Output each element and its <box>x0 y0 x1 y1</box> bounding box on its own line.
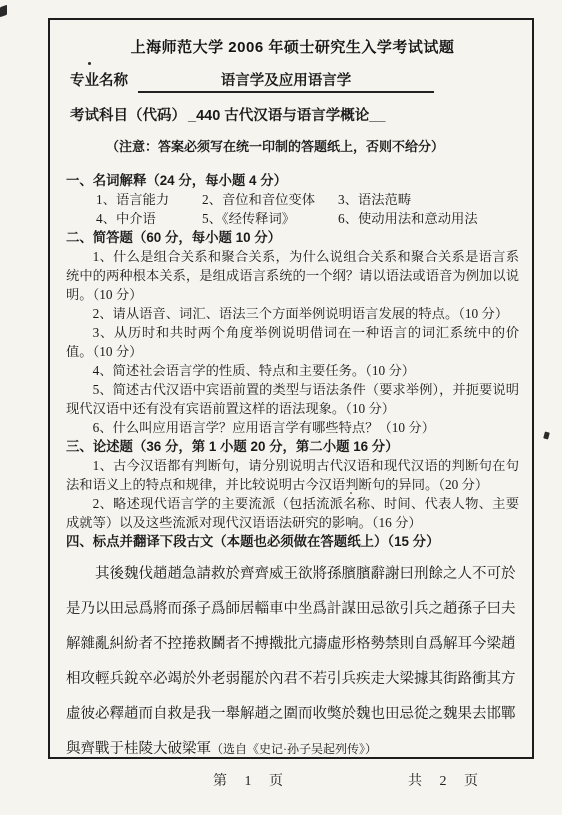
question-item: 2、略述现代语言学的主要流派（包括流派名称、时间、代表人物、主要成就等）以及这些… <box>66 494 519 532</box>
scanned-exam-page: { "header": { "title": "上海师范大学 2006 年硕士研… <box>0 0 562 815</box>
total-pages-indicator: 共 2 页 <box>408 770 478 790</box>
page-title: 上海师范大学 2006 年硕士研究生入学考试试题 <box>66 36 519 57</box>
terms-row-2: 4、中介语 5、《经传释词》 6、使动用法和意动用法 <box>66 209 519 228</box>
term-item-2: 2、音位和音位变体 <box>202 190 338 209</box>
question-item: 5、简述古代汉语中宾语前置的类型与语法条件（要求举例），并扼要说明现代汉语中还有… <box>66 380 519 418</box>
question-item: 2、请从语音、词汇、语法三个方面举例说明语言发展的特点。（10 分） <box>66 304 519 323</box>
term-item-6: 6、使动用法和意动用法 <box>338 209 478 228</box>
term-item-3: 3、语法范畴 <box>338 190 411 209</box>
classical-passage: 其後魏伐趙趙急請救於齊齊威王欲將孫臏臏辭謝曰刑餘之人不可於 是乃以田忌爲將而孫子… <box>66 557 519 767</box>
subject-row: 考试科目（代码）_440 古代汉语与语言学概论__ <box>70 104 519 125</box>
term-item-5: 5、《经传释词》 <box>202 209 338 228</box>
passage-line: 虛彼必釋趙而自救是我一舉解趙之圍而收獘於魏也田忌從之魏果去邯鄲 <box>66 697 519 732</box>
subject-value: _440 古代汉语与语言学概论__ <box>188 108 385 124</box>
passage-line: 是乃以田忌爲將而孫子爲師居輜車中坐爲計謀田忌欲引兵之趙孫子曰夫 <box>66 592 519 627</box>
scan-artifact <box>543 431 550 439</box>
terms-row-1: 1、语言能力 2、音位和音位变体 3、语法范畴 <box>66 190 519 209</box>
major-name-row: 专业名称语言学及应用语言学 <box>70 69 519 93</box>
major-name-label: 专业名称 <box>70 73 128 89</box>
question-item: 6、什么叫应用语言学？应用语言学有哪些特点？（10 分） <box>66 418 519 437</box>
exam-paper-border: 上海师范大学 2006 年硕士研究生入学考试试题 专业名称语言学及应用语言学 考… <box>48 18 534 759</box>
page-number-indicator: 第 1 页 <box>213 770 283 790</box>
page-footer: 第 1 页 共 2 页 <box>0 770 562 794</box>
section-3-heading: 三、论述题（36 分，第 1 小题 20 分，第二小题 16 分） <box>66 437 519 456</box>
scan-artifact <box>0 5 7 18</box>
question-item: 3、从历时和共时两个角度举例说明借词在一种语言的词汇系统中的价值。（10 分） <box>66 323 519 361</box>
term-item-4: 4、中介语 <box>96 209 202 228</box>
passage-line: 相攻輕兵銳卒必竭於外老弱罷於內君不若引兵疾走大梁據其街路衝其方 <box>66 662 519 697</box>
section-1-heading: 一、名词解释（24 分，每小题 4 分） <box>66 171 519 190</box>
section-2-heading: 二、简答题（60 分，每小题 10 分） <box>66 228 519 247</box>
passage-line: 與齊戰于桂陵大破梁軍（选自《史记·孙子吴起列传》） <box>66 732 519 767</box>
passage-last-line: 與齊戰于桂陵大破梁軍 <box>66 741 211 757</box>
source-citation: （选自《史记·孙子吴起列传》） <box>211 742 377 756</box>
passage-line: 解雜亂糾紛者不控捲救鬭者不搏撠批亢擣虛形格勢禁則自爲解耳今梁趙 <box>66 627 519 662</box>
answer-sheet-notice: （注意：答案必须写在统一印制的答题纸上，否则不给分） <box>106 136 519 155</box>
passage-line: 其後魏伐趙趙急請救於齊齊威王欲將孫臏臏辭謝曰刑餘之人不可於 <box>66 557 519 592</box>
subject-label: 考试科目（代码） <box>70 108 186 124</box>
term-item-1: 1、语言能力 <box>96 190 202 209</box>
question-item: 1、古今汉语都有判断句，请分别说明古代汉语和现代汉语的判断句在句法和语义上的特点… <box>66 456 519 494</box>
question-item: 1、什么是组合关系和聚合关系，为什么说组合关系和聚合关系是语言系统中的两种根本关… <box>66 247 519 304</box>
major-name-value: 语言学及应用语言学 <box>138 69 434 93</box>
section-4-heading: 四、标点并翻译下段古文（本题也必须做在答题纸上）（15 分） <box>66 532 519 551</box>
question-item: 4、简述社会语言学的性质、特点和主要任务。（10 分） <box>66 361 519 380</box>
